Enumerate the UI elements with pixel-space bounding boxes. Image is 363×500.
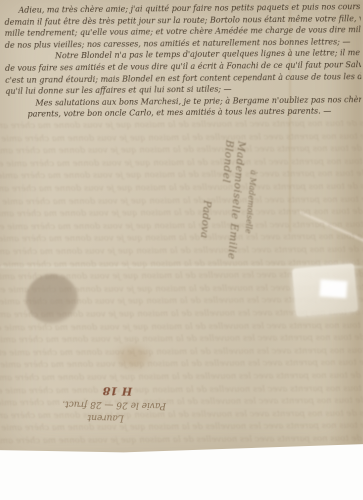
paper-wafer-patch [292, 263, 358, 316]
bleedthrough-row: et les amitiés de tous nos parents avec … [0, 244, 363, 257]
docket-note: Laurent Pavie le 26 — 28 fruct. H 18 [16, 383, 167, 424]
bleedthrough-row: et les amitiés de tous nos parents avec … [0, 131, 363, 144]
bleedthrough-row: et les amitiés de tous nos parents avec … [0, 358, 363, 371]
bleedthrough-row: et les amitiés de tous nos parents avec … [0, 156, 363, 169]
ink-stain [118, 346, 148, 368]
bleedthrough-row: et les amitiés de tous nos parents avec … [0, 120, 363, 132]
bleedthrough-row: et les amitiés de tous nos parents avec … [0, 169, 363, 182]
bleedthrough-row: et les amitiés de tous nos parents avec … [0, 181, 363, 194]
bleedthrough-row: et les amitiés de tous nos parents avec … [0, 370, 363, 383]
letter-sheet: et les amitiés de tous nos parents avec … [0, 0, 363, 456]
letter-photo: et les amitiés de tous nos parents avec … [0, 0, 363, 500]
bleedthrough-row: et les amitiés de tous nos parents avec … [0, 421, 363, 434]
wafer-scribble [319, 279, 347, 298]
wax-seal [26, 274, 78, 324]
letter-body: Adieu, ma très chère amie; j'ai quitté p… [4, 1, 361, 121]
docket-date: Pavie le 26 — 28 fruct. [16, 398, 166, 411]
docket-name: Laurent [16, 411, 124, 423]
bleedthrough-row: et les amitiés de tous nos parents avec … [0, 219, 363, 232]
bleedthrough-row: et les amitiés de tous nos parents avec … [0, 232, 363, 245]
letter-line-10: parents, votre bon oncle Carlo, et mes a… [5, 105, 361, 120]
bleedthrough-row: et les amitiés de tous nos parents avec … [0, 194, 363, 207]
postal-mark: H 18 [16, 383, 132, 398]
bleedthrough-row: et les amitiés de tous nos parents avec … [0, 207, 363, 220]
bleedthrough-row: et les amitiés de tous nos parents avec … [0, 144, 363, 157]
bleedthrough-row: et les amitiés de tous nos parents avec … [0, 433, 363, 446]
bleedthrough-row: et les amitiés de tous nos parents avec … [0, 345, 363, 358]
bleedthrough-row: et les amitiés de tous nos parents avec … [0, 333, 363, 346]
